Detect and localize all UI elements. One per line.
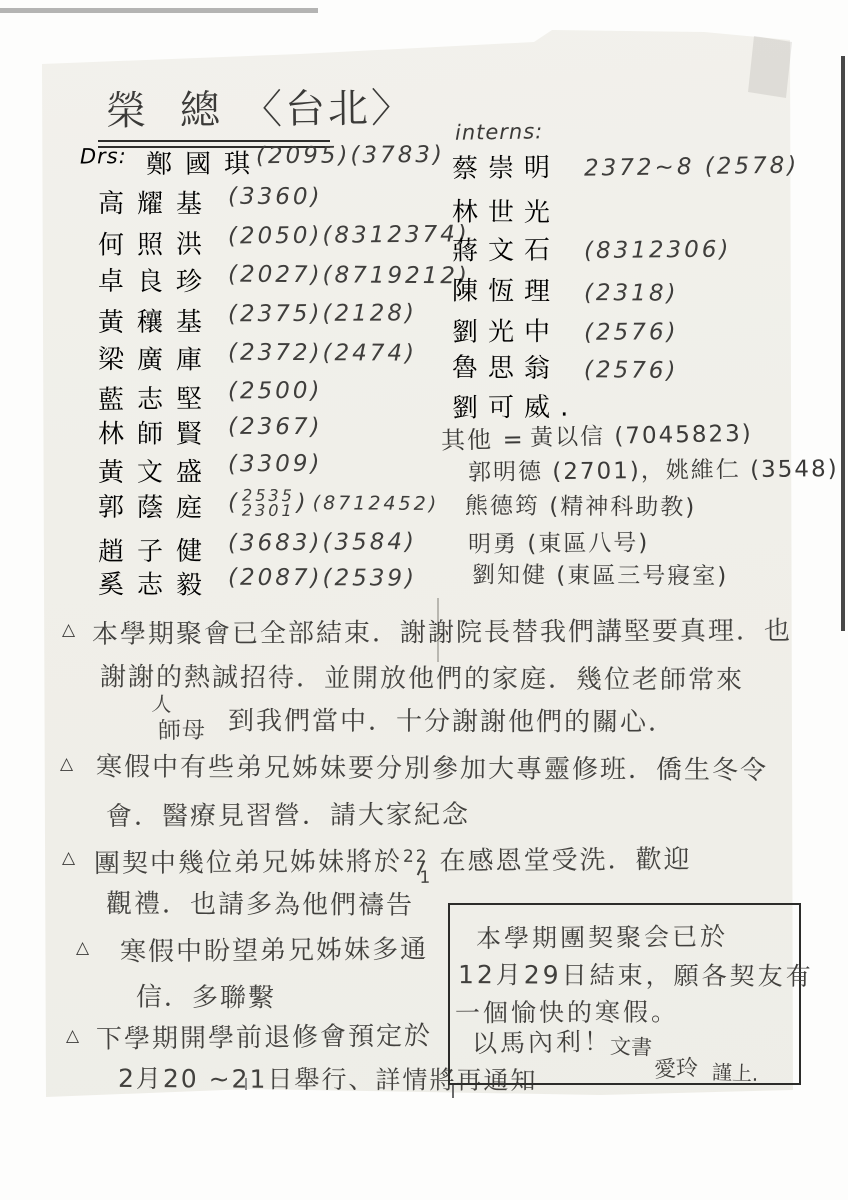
bullet-triangle-icon: △ xyxy=(66,1026,79,1046)
intern-name: 魯思翁 xyxy=(452,347,580,385)
paren-close: ) xyxy=(297,490,309,516)
doctor-name: 奚志毅 xyxy=(98,564,215,602)
note5-line1: 下學期開學前退修會預定於 xyxy=(96,1015,432,1056)
other-entry: 熊德筠 (精神科助教) xyxy=(465,487,696,522)
stacked-extensions: 2535 2301 xyxy=(242,488,295,518)
doctor-row: 高耀基 (3360) xyxy=(98,183,478,223)
note1-inserted-word: 師母 xyxy=(158,712,207,746)
doctor-name: 藍志堅 xyxy=(98,379,215,417)
box-line4: 以馬內利！ xyxy=(472,1022,613,1060)
doctor-name: 何照洪 xyxy=(98,224,215,262)
note1-line1: 本學期聚會已全部結束．謝謝院長替我們講堅要真理．也 xyxy=(92,610,792,651)
intern-numbers: (2318) xyxy=(584,280,679,306)
signature-closing: 謹上. xyxy=(712,1056,759,1087)
doctor-name: 梁廣庫 xyxy=(98,339,215,377)
intern-numbers: 2372~8 (2578) xyxy=(584,153,800,182)
other-entry: 黃以信 (7045823) xyxy=(530,415,753,453)
doctor-row: 趙子健 (3683)(3584) xyxy=(98,529,478,570)
bullet-triangle-icon: △ xyxy=(62,848,75,868)
doctors-label: Drs: xyxy=(80,144,127,168)
scanned-document: 榮總〈台北〉 Drs: 鄭國琪 (2095)(3783) 高耀基 (3360) … xyxy=(0,0,848,1200)
doctor-row: 黃文盛 (3309) xyxy=(98,450,478,490)
intern-name: 陳恆理 xyxy=(452,270,580,308)
doctor-numbers: (3683)(3584) xyxy=(228,529,417,556)
intern-numbers: (8312306) xyxy=(584,237,732,265)
intern-row: 魯思翁 (2576) xyxy=(452,347,679,386)
extension-bottom: 2301 xyxy=(242,503,295,518)
intern-row: 陳恆理 (2318) xyxy=(452,270,679,308)
doctor-numbers: (2500) xyxy=(228,378,323,405)
others-label: 其他 = xyxy=(441,419,525,455)
doctor-name: 林師賢 xyxy=(98,413,215,450)
doctor-name: 郭蔭庭 xyxy=(98,487,215,525)
bullet-triangle-icon: △ xyxy=(76,938,89,958)
box-line1: 本學期團契聚会已於 xyxy=(476,917,728,955)
intern-name: 蔣文石 xyxy=(452,229,580,267)
note1-line3: 到我們當中．十分謝謝他們的關心． xyxy=(228,700,676,739)
phone-number: (8712452) xyxy=(313,492,440,515)
note4-line1: 寒假中盼望弟兄姊妹多通 xyxy=(120,929,428,969)
doctor-row: Drs: 鄭國琪 (2095)(3783) xyxy=(98,142,478,183)
bullet-triangle-icon: △ xyxy=(62,620,75,640)
doctor-name: 黃穰基 xyxy=(98,301,215,339)
intern-name: 林世光 xyxy=(452,192,580,230)
page-title: 榮總〈台北〉 xyxy=(106,76,415,136)
signature-name: 愛玲 xyxy=(653,1051,699,1084)
other-entry: 劉知健 (東區三号寢室) xyxy=(472,556,728,590)
fraction-numerator: 22 xyxy=(403,850,429,865)
scanner-artifact-top-strip xyxy=(0,8,318,13)
doctor-row: 何照洪 (2050)(8312374) xyxy=(98,221,478,262)
other-entry: 明勇 (東區八号) xyxy=(468,524,650,559)
doctor-numbers: (3360) xyxy=(228,184,323,210)
doctor-name: 黃文盛 xyxy=(98,451,215,489)
doctor-numbers: (2367) xyxy=(228,414,323,440)
doctor-numbers: (2095)(3783) xyxy=(256,142,445,169)
date-fraction: 22 1 xyxy=(408,850,434,886)
intern-row: 林世光 xyxy=(452,192,584,230)
interns-label: interns: xyxy=(455,119,544,145)
box-line2: 12月29日結束，願各契友有 xyxy=(458,955,814,993)
intern-numbers: (2576) xyxy=(584,319,679,346)
note2-line1: 寒假中有些弟兄姊妹要分別參加大專靈修班．僑生冬令 xyxy=(96,746,768,787)
doctor-numbers: (2027)(8719212) xyxy=(228,262,470,290)
doctor-row: 黃穰基 (2375)(2128) xyxy=(98,300,478,340)
doctor-row: 奚志毅 (2087)(2539) xyxy=(98,564,478,604)
announcement-box: 本學期團契聚会已於 12月29日結束，願各契友有 一個愉快的寒假。 以馬內利！ … xyxy=(448,903,801,1085)
doctor-name: 鄭國琪 xyxy=(146,143,263,181)
doctor-row: 卓良珍 (2027)(8719212) xyxy=(98,261,478,302)
scanner-artifact-right-line xyxy=(841,56,845,631)
note1-line2: 謝謝的熱誠招待．並開放他們的家庭．幾位老師常來 xyxy=(100,656,744,696)
paren-open: ( xyxy=(228,490,240,516)
title-text: 榮總 xyxy=(106,87,254,135)
doctor-row: 郭蔭庭 ( 2535 2301 ) (8712452) xyxy=(98,487,478,528)
note3-line1-post: 在感恩堂受洗．歡迎 xyxy=(439,839,691,878)
note3-line2: 觀禮．也請多為他們禱告 xyxy=(106,883,414,922)
doctor-numbers: (2372)(2474) xyxy=(228,340,417,367)
title-paren: 〈台北〉 xyxy=(242,85,414,133)
intern-numbers: (2576) xyxy=(584,357,679,384)
doctor-numbers: ( 2535 2301 ) (8712452) xyxy=(228,488,439,519)
doctor-row: 梁廣庫 (2372)(2474) xyxy=(98,339,478,379)
intern-row: 蔣文石 (8312306) xyxy=(452,228,732,268)
intern-name: 劉光中 xyxy=(452,311,580,349)
intern-row: 蔡崇明 2372~8 (2578) xyxy=(452,144,800,186)
note3-line1-pre: 團契中幾位弟兄姊妹將於 xyxy=(94,841,402,880)
doctor-numbers: (2375)(2128) xyxy=(228,300,417,327)
doctor-numbers: (2050)(8312374) xyxy=(228,221,470,249)
note4-line2: 信．多聯繫 xyxy=(136,977,276,1015)
doctor-name: 高耀基 xyxy=(98,183,215,221)
doctor-name: 趙子健 xyxy=(98,531,215,569)
note2-line2: 會．醫療見習營．請大家紀念 xyxy=(106,794,470,833)
doctor-numbers: (2087)(2539) xyxy=(228,565,417,592)
signature-role: 文書 xyxy=(609,1030,652,1061)
fraction-denominator: 1 xyxy=(419,871,432,886)
doctor-numbers: (3309) xyxy=(228,451,323,477)
intern-name: 蔡崇明 xyxy=(452,147,581,186)
doctor-row: 藍志堅 (2500) xyxy=(98,377,478,418)
intern-row: 劉光中 (2576) xyxy=(452,310,679,349)
bullet-triangle-icon: △ xyxy=(60,754,73,774)
doctor-name: 卓良珍 xyxy=(98,261,215,299)
doctor-row: 林師賢 (2367) xyxy=(98,413,478,452)
other-entry: 郭明德 (2701)，姚維仁 (3548) xyxy=(468,450,839,487)
